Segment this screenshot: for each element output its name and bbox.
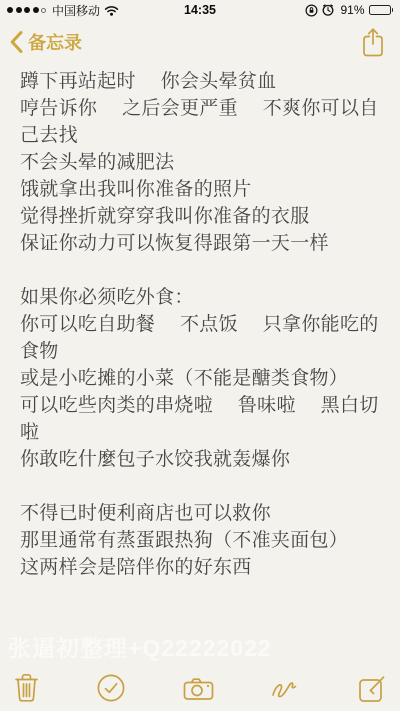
camera-icon <box>183 676 214 701</box>
status-bar: 中国移动 14:35 <box>0 0 400 20</box>
share-icon <box>360 27 386 58</box>
share-button[interactable] <box>360 27 386 58</box>
markup-squiggle-icon <box>270 676 302 700</box>
orientation-lock-icon <box>305 4 318 17</box>
delete-note-button[interactable] <box>13 673 40 703</box>
alarm-icon <box>322 4 334 16</box>
battery-percent-label: 91% <box>340 3 364 17</box>
bottom-toolbar <box>0 665 400 711</box>
markup-button[interactable] <box>270 676 302 700</box>
wifi-icon <box>104 5 119 16</box>
compose-button[interactable] <box>358 674 387 703</box>
back-button-label: 备忘录 <box>28 29 82 55</box>
camera-button[interactable] <box>183 676 214 701</box>
checklist-button[interactable] <box>96 673 126 703</box>
carrier-label: 中国移动 <box>52 2 100 19</box>
back-chevron-icon <box>10 31 23 53</box>
watermark-text: 张逼初整理+Q22222022 <box>8 630 272 663</box>
battery-icon <box>369 5 394 15</box>
nav-bar: 备忘录 <box>0 20 400 64</box>
notes-app-screen: 中国移动 14:35 <box>0 0 400 711</box>
compose-icon <box>358 674 387 703</box>
trash-icon <box>13 673 40 703</box>
note-text[interactable]: 蹲下再站起时 你会头晕贫血 哼告诉你 之后会更严重 不爽你可以自己去找 不会头晕… <box>0 64 400 581</box>
cellular-signal-icon <box>7 7 46 13</box>
back-button[interactable]: 备忘录 <box>10 29 82 55</box>
check-circle-icon <box>96 673 126 703</box>
